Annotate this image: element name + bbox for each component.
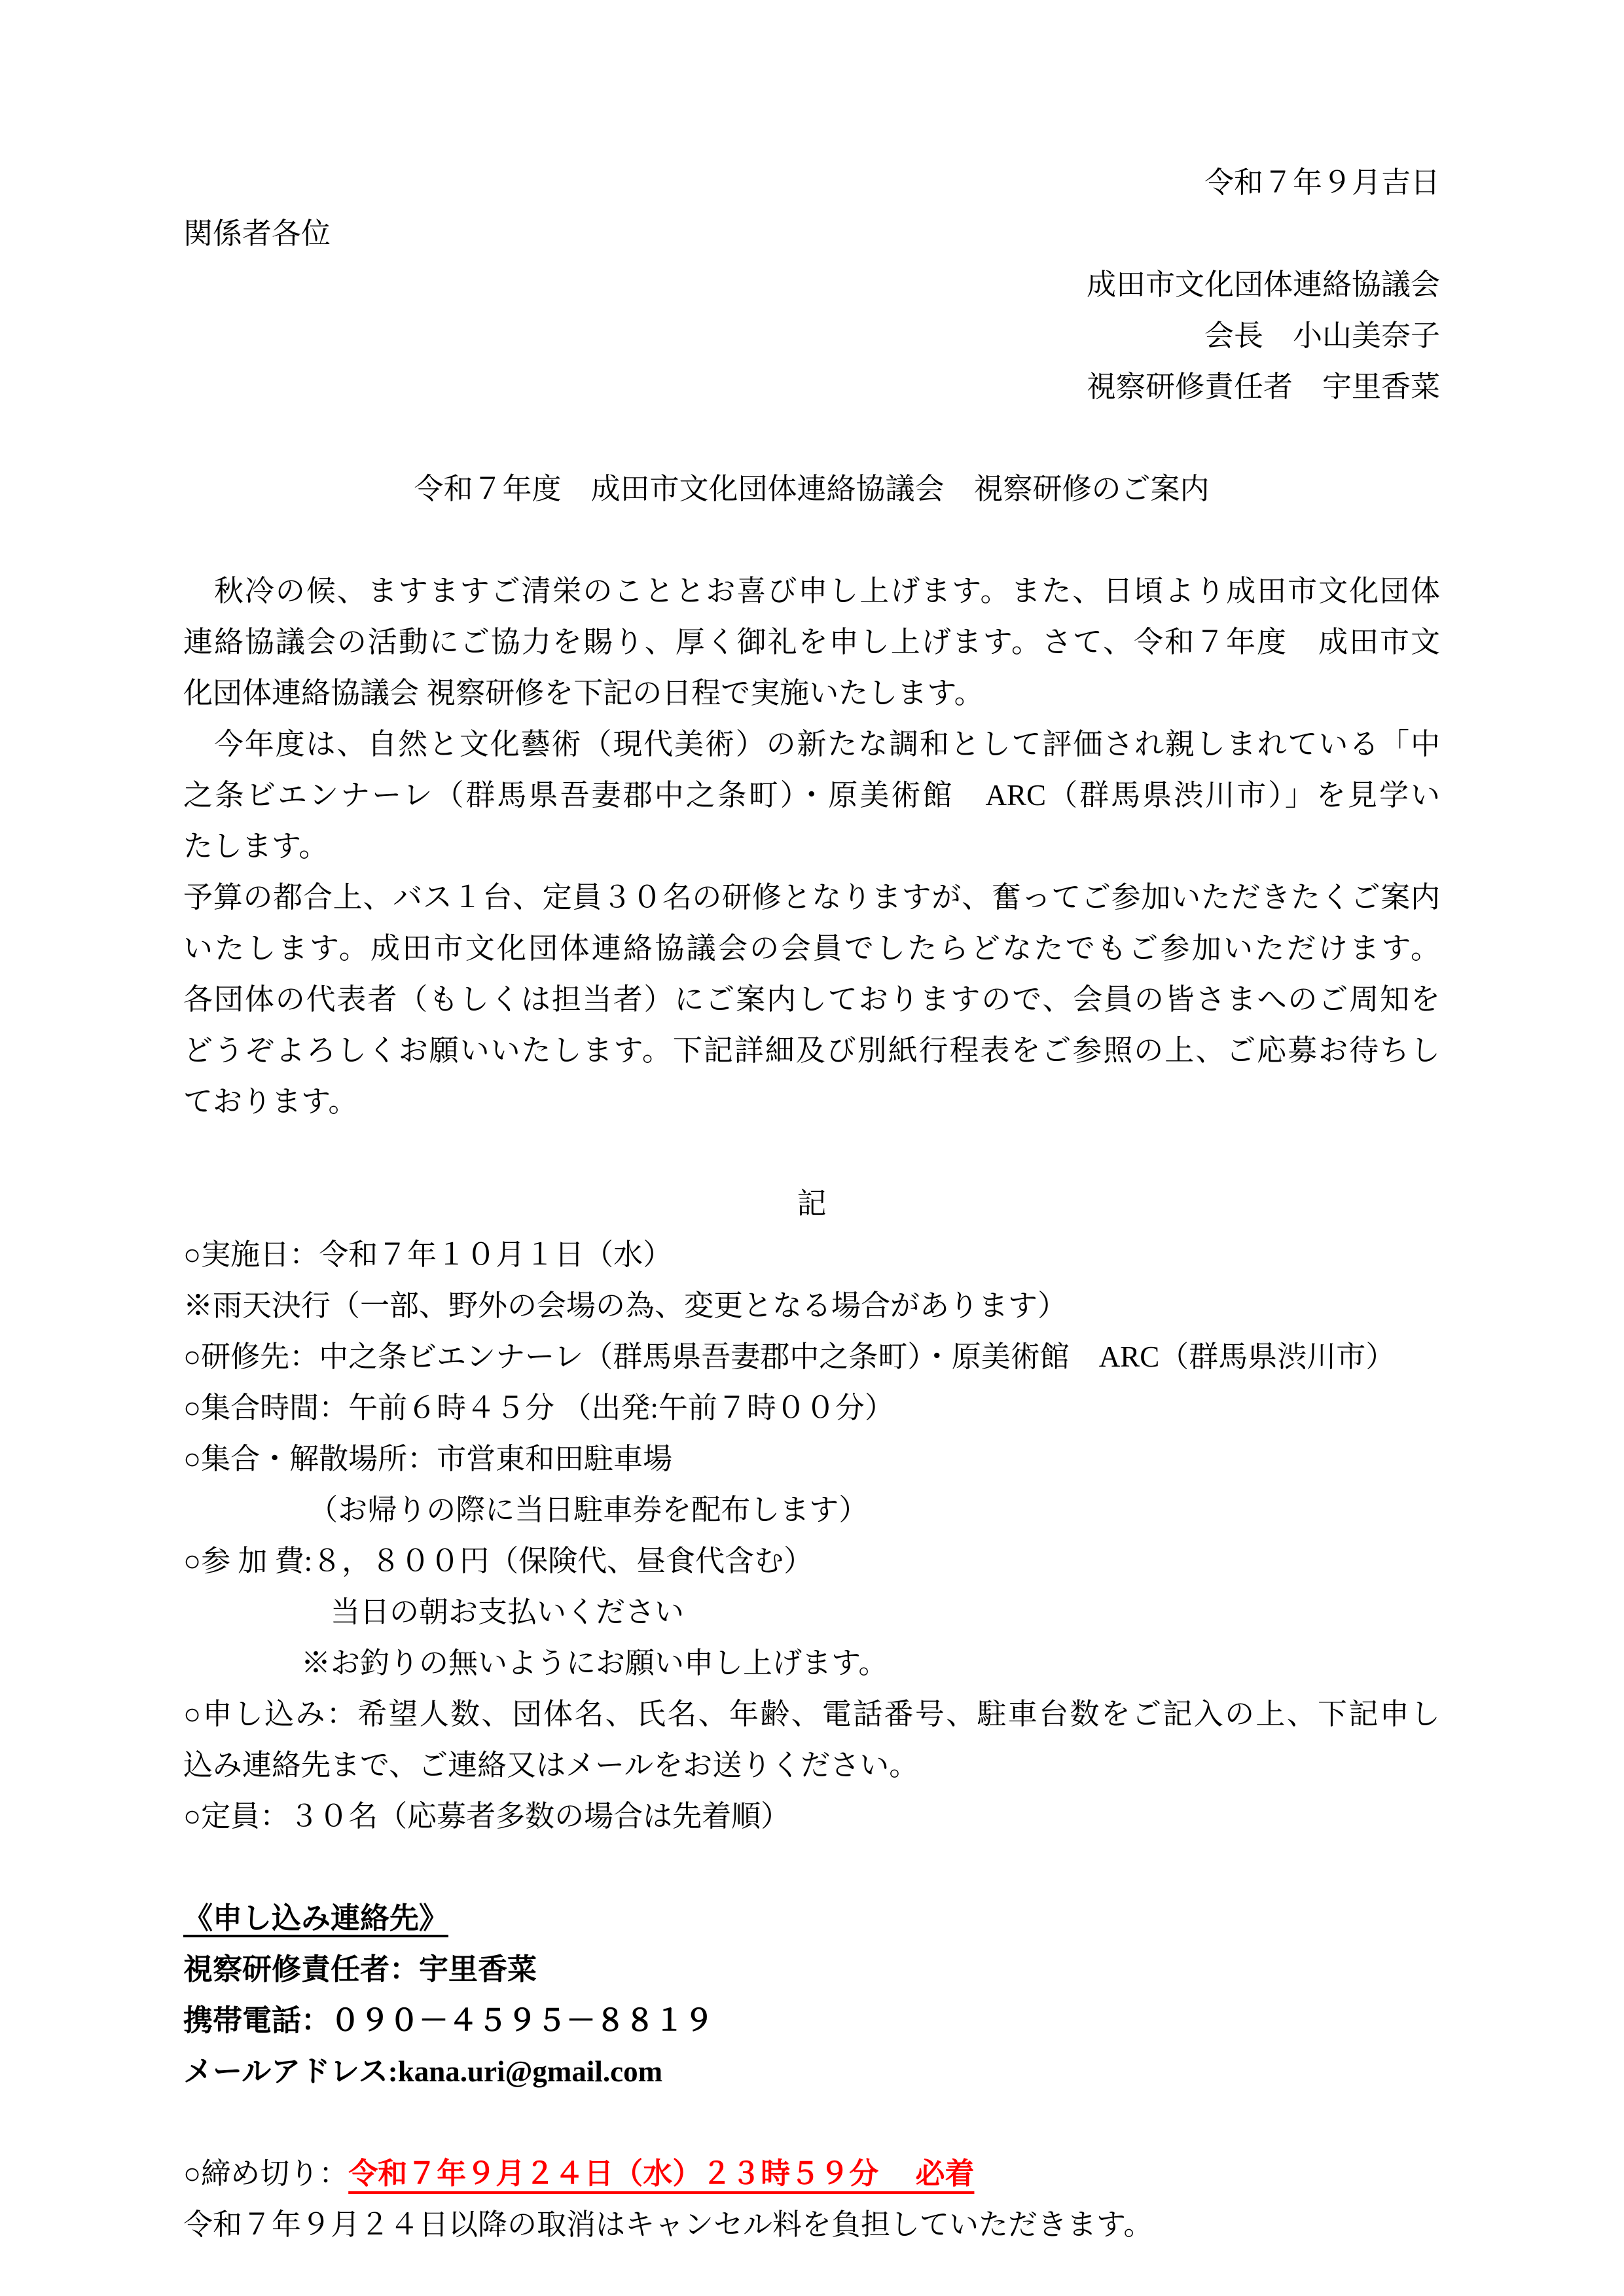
- text-line: ○定員：３０名（応募者多数の場合は先着順）: [183, 1791, 1440, 1842]
- spacer: [183, 1842, 1440, 1893]
- text-line: （お帰りの際に当日駐車券を配布します）: [183, 1484, 1440, 1535]
- text-line: ○研修先：中之条ビエンナーレ（群馬県吾妻郡中之条町）・原美術館 ARC（群馬県渋…: [183, 1331, 1440, 1382]
- text-line: ○参 加 費:８，８００円（保険代、昼食代含む）: [183, 1535, 1440, 1587]
- text-line: 成田市文化団体連絡協議会: [183, 259, 1440, 310]
- spacer: [183, 2097, 1440, 2148]
- details-list: ○実施日：令和７年１０月１日（水）※雨天決行（一部、野外の会場の為、変更となる場…: [183, 1229, 1440, 1842]
- date-line: 令和７年９月吉日: [183, 157, 1440, 208]
- text-line: 込み連絡先まで、ご連絡又はメールをお送りください。: [183, 1740, 1440, 1791]
- deadline-value: 令和７年９月２４日（水）２３時５９分 必着: [348, 2157, 974, 2190]
- text-line: どうぞよろしくお願いいたします。下記詳細及び別紙行程表をご参照の上、ご応募お待ち…: [183, 1025, 1440, 1076]
- text-line: 予算の都合上、バス１台、定員３０名の研修となりますが、奮ってご参加いただきたくご…: [183, 872, 1440, 923]
- sender-block: 成田市文化団体連絡協議会会長 小山美奈子視察研修責任者 宇里香菜: [183, 259, 1440, 412]
- spacer: [183, 514, 1440, 565]
- ki-marker: 記: [183, 1178, 1440, 1229]
- paragraph-greeting: 秋冷の候、ますますご清栄のこととお喜び申し上げます。また、日頃より成田市文化団体…: [183, 565, 1440, 719]
- document-page: 令和７年９月吉日 関係者各位 成田市文化団体連絡協議会会長 小山美奈子視察研修責…: [0, 0, 1624, 2296]
- text-line: 化団体連絡協議会 視察研修を下記の日程で実施いたします。: [183, 668, 1440, 719]
- text-line: 携帯電話：０９０－４５９５－８８１９: [183, 1995, 1440, 2046]
- contact-heading: 《申し込み連絡先》: [183, 1893, 1440, 1944]
- deadline-label: ○締め切り：: [183, 2157, 348, 2190]
- cancel-note: 令和７年９月２４日以降の取消はキャンセル料を負担していただきます。: [183, 2199, 1440, 2250]
- page-title: 令和７年度 成田市文化団体連絡協議会 視察研修のご案内: [183, 463, 1440, 514]
- text-line: 視察研修責任者 宇里香菜: [183, 361, 1440, 412]
- text-line: ○申し込み：希望人数、団体名、氏名、年齢、電話番号、駐車台数をご記入の上、下記申…: [183, 1689, 1440, 1740]
- text-line: ○実施日：令和７年１０月１日（水）: [183, 1229, 1440, 1280]
- text-line: 秋冷の候、ますますご清栄のこととお喜び申し上げます。また、日頃より成田市文化団体: [183, 565, 1440, 617]
- paragraph-overview: 今年度は、自然と文化藝術（現代美術）の新たな調和として評価され親しまれている「中…: [183, 719, 1440, 1127]
- spacer: [183, 412, 1440, 463]
- text-line: 連絡協議会の活動にご協力を賜り、厚く御礼を申し上げます。さて、令和７年度 成田市…: [183, 617, 1440, 668]
- text-line: 各団体の代表者（もしくは担当者）にご案内しておりますので、会員の皆さまへのご周知…: [183, 974, 1440, 1025]
- text-line: 会長 小山美奈子: [183, 310, 1440, 361]
- text-line: 当日の朝お支払いください: [183, 1587, 1440, 1638]
- text-line: 視察研修責任者：宇里香菜: [183, 1944, 1440, 1995]
- addressee: 関係者各位: [183, 208, 1440, 259]
- text-line: ※お釣りの無いようにお願い申し上げます。: [183, 1638, 1440, 1689]
- text-line: ※雨天決行（一部、野外の会場の為、変更となる場合があります）: [183, 1280, 1440, 1331]
- text-line: 之条ビエンナーレ（群馬県吾妻郡中之条町）・原美術館 ARC（群馬県渋川市）」を見…: [183, 770, 1440, 821]
- text-line: メールアドレス:kana.uri@gmail.com: [183, 2046, 1440, 2097]
- text-line: たします。: [183, 821, 1440, 872]
- text-line: ております。: [183, 1076, 1440, 1127]
- text-line: ○集合時間：午前６時４５分 （出発:午前７時００分）: [183, 1382, 1440, 1433]
- text-line: いたします。成田市文化団体連絡協議会の会員でしたらどなたでもご参加いただけます。: [183, 923, 1440, 974]
- contact-block: 視察研修責任者：宇里香菜携帯電話：０９０－４５９５－８８１９メールアドレス:ka…: [183, 1944, 1440, 2097]
- text-line: 今年度は、自然と文化藝術（現代美術）の新たな調和として評価され親しまれている「中: [183, 719, 1440, 770]
- spacer: [183, 1127, 1440, 1178]
- text-line: ○集合・解散場所：市営東和田駐車場: [183, 1433, 1440, 1484]
- deadline-line: ○締め切り：令和７年９月２４日（水）２３時５９分 必着: [183, 2148, 1440, 2199]
